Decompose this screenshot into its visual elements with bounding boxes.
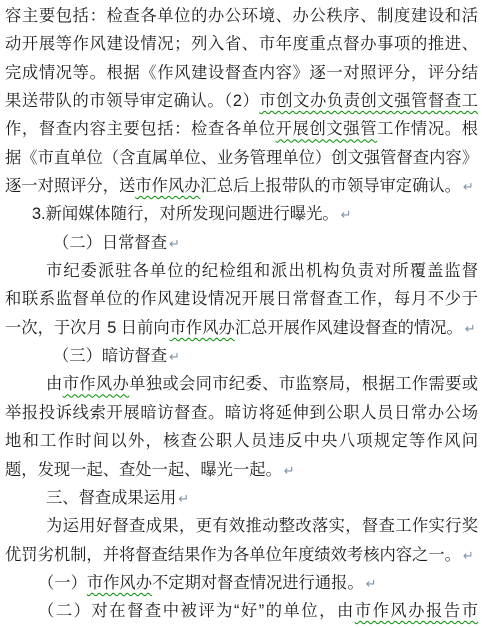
text-line: 作，督查内容主要包括：检查各单位开展创文强管工作情况。根 [5, 115, 478, 143]
text-line: （三）暗访督查↵ [5, 342, 478, 370]
paragraph-mark-icon: ↵ [284, 457, 295, 485]
text-segment: 优罚劣机制，并将督查结果作为各单位年度绩效考核内容之一。 [5, 546, 461, 564]
text-segment: 逐一对照评分，送 [5, 177, 135, 195]
text-segment: 由 [46, 375, 63, 393]
spellcheck-flagged-text: 市作风办 [170, 319, 235, 337]
text-line: 据《市直单位（含直属单位、业务管理单位）创文强管督查内容》 [5, 144, 478, 172]
spellcheck-flagged-text: 开展创文强管 [276, 120, 377, 138]
paragraph-mark-icon: ↵ [463, 542, 474, 570]
text-segment: 三、督查成果运用 [46, 489, 176, 507]
text-line: 逐一对照评分，送市作风办汇总后上报带队的市领导审定确认。↵ [5, 172, 478, 200]
document-page: 容主要包括：检查各单位的办公环境、办公秩序、制度建设和活动开展等作风建设情况；列… [0, 0, 482, 628]
text-segment: 举报投诉线索开展暗访督查。暗访将延伸到公职人员日常办公场 [5, 404, 478, 422]
text-segment: 市纪委派驻各单位的纪检组和派出机构负责对所覆盖监督 [46, 262, 478, 280]
paragraph-mark-icon: ↵ [463, 173, 474, 201]
paragraph-mark-icon: ↵ [465, 315, 476, 343]
text-line: 举报投诉线索开展暗访督查。暗访将延伸到公职人员日常办公场 [5, 399, 478, 427]
text-line: 为运用好督查成果，更有效推动整改落实，督查工作实行奖 [5, 512, 478, 540]
text-segment: （二）日常督查 [53, 234, 167, 252]
text-line: （一）市作风办不定期对督查情况进行通报。↵ [5, 569, 478, 597]
text-segment: 不定期对督查情况进行通报。 [152, 574, 364, 592]
text-line: 果送带队的市领导审定确认。（2）市创文办负责创文强管督查工 [5, 87, 478, 115]
text-segment: 据《市直单位（含直属单位、业务管理单位）创文强管督查内容》 [5, 149, 478, 167]
text-segment: 地和工作时间以外，核查公职人员违反中央八项规定等作风问 [5, 432, 478, 450]
text-line: 地和工作时间以外，核查公职人员违反中央八项规定等作风问 [5, 427, 478, 455]
text-line: 市纪委派驻各单位的纪检组和派出机构负责对所覆盖监督 [5, 257, 478, 285]
text-line: 和联系监督单位的作风建设情况开展日常督查工作，每月不少于 [5, 285, 478, 313]
spellcheck-flagged-text: 市作风办报告市 [355, 602, 478, 620]
document-text-body: 容主要包括：检查各单位的办公环境、办公秩序、制度建设和活动开展等作风建设情况；列… [5, 2, 478, 626]
paragraph-mark-icon: ↵ [341, 201, 352, 229]
text-segment: 和联系监督单位的作风建设情况开展日常督查工作，每月不少于 [5, 290, 478, 308]
text-segment: 容主要包括：检查各单位的办公环境、办公秩序、制度建设和活 [5, 7, 478, 25]
paragraph-mark-icon: ↵ [178, 485, 189, 513]
text-line: 完成情况等。根据《作风建设督查内容》逐一对照评分，评分结 [5, 59, 478, 87]
text-segment: 3.新闻媒体随行，对所发现问题进行曝光。 [32, 205, 339, 223]
spellcheck-flagged-text: 市作风办 [87, 574, 152, 592]
text-segment: 汇总开展作风建设督查的情况。 [235, 319, 463, 337]
text-segment: 一次，于次月 5 日前向 [5, 319, 170, 337]
paragraph-mark-icon: ↵ [366, 570, 377, 598]
spellcheck-flagged-text: 市创文办负责创文强管督查工 [259, 92, 478, 110]
text-segment: （三）暗访督查 [53, 347, 167, 365]
text-segment: 汇总后上报带队的市领导审定确认。 [200, 177, 461, 195]
text-segment: 单独或会同市纪委、市监察局，根据工作需要或 [129, 375, 478, 393]
text-line: （二）对在督查中被评为“好”的单位，由市作风办报告市 [5, 597, 478, 625]
text-segment: （二）对在督查中被评为“好”的单位，由 [38, 602, 355, 620]
text-line: 3.新闻媒体随行，对所发现问题进行曝光。↵ [5, 200, 478, 228]
text-segment: （一） [38, 574, 87, 592]
text-line: （二）日常督查↵ [5, 229, 478, 257]
text-segment: 题，发现一起、查处一起、曝光一起。 [5, 461, 282, 479]
paragraph-mark-icon: ↵ [169, 343, 180, 371]
spellcheck-flagged-text: 市作风办 [135, 177, 200, 195]
paragraph-mark-icon: ↵ [169, 230, 180, 258]
text-line: 容主要包括：检查各单位的办公环境、办公秩序、制度建设和活 [5, 2, 478, 30]
text-line: 一次，于次月 5 日前向市作风办汇总开展作风建设督查的情况。↵ [5, 314, 478, 342]
spellcheck-flagged-text: 市作风办 [63, 375, 130, 393]
text-segment: 为运用好督查成果，更有效推动整改落实，督查工作实行奖 [46, 517, 478, 535]
text-line: 动开展等作风建设情况；列入省、市年度重点督办事项的推进、 [5, 30, 478, 58]
text-line: 题，发现一起、查处一起、曝光一起。↵ [5, 456, 478, 484]
text-line: 三、督查成果运用↵ [5, 484, 478, 512]
text-segment: 果送带队的市领导审定确认。（2） [5, 92, 259, 110]
text-line: 优罚劣机制，并将督查结果作为各单位年度绩效考核内容之一。↵ [5, 541, 478, 569]
text-line: 由市作风办单独或会同市纪委、市监察局，根据工作需要或 [5, 370, 478, 398]
text-segment: 完成情况等。根据《作风建设督查内容》逐一对照评分，评分结 [5, 64, 478, 82]
text-segment: 工作情况。根 [377, 120, 478, 138]
text-segment: 作，督查内容主要包括：检查各单位 [5, 120, 276, 138]
text-segment: 动开展等作风建设情况；列入省、市年度重点督办事项的推进、 [5, 35, 478, 53]
